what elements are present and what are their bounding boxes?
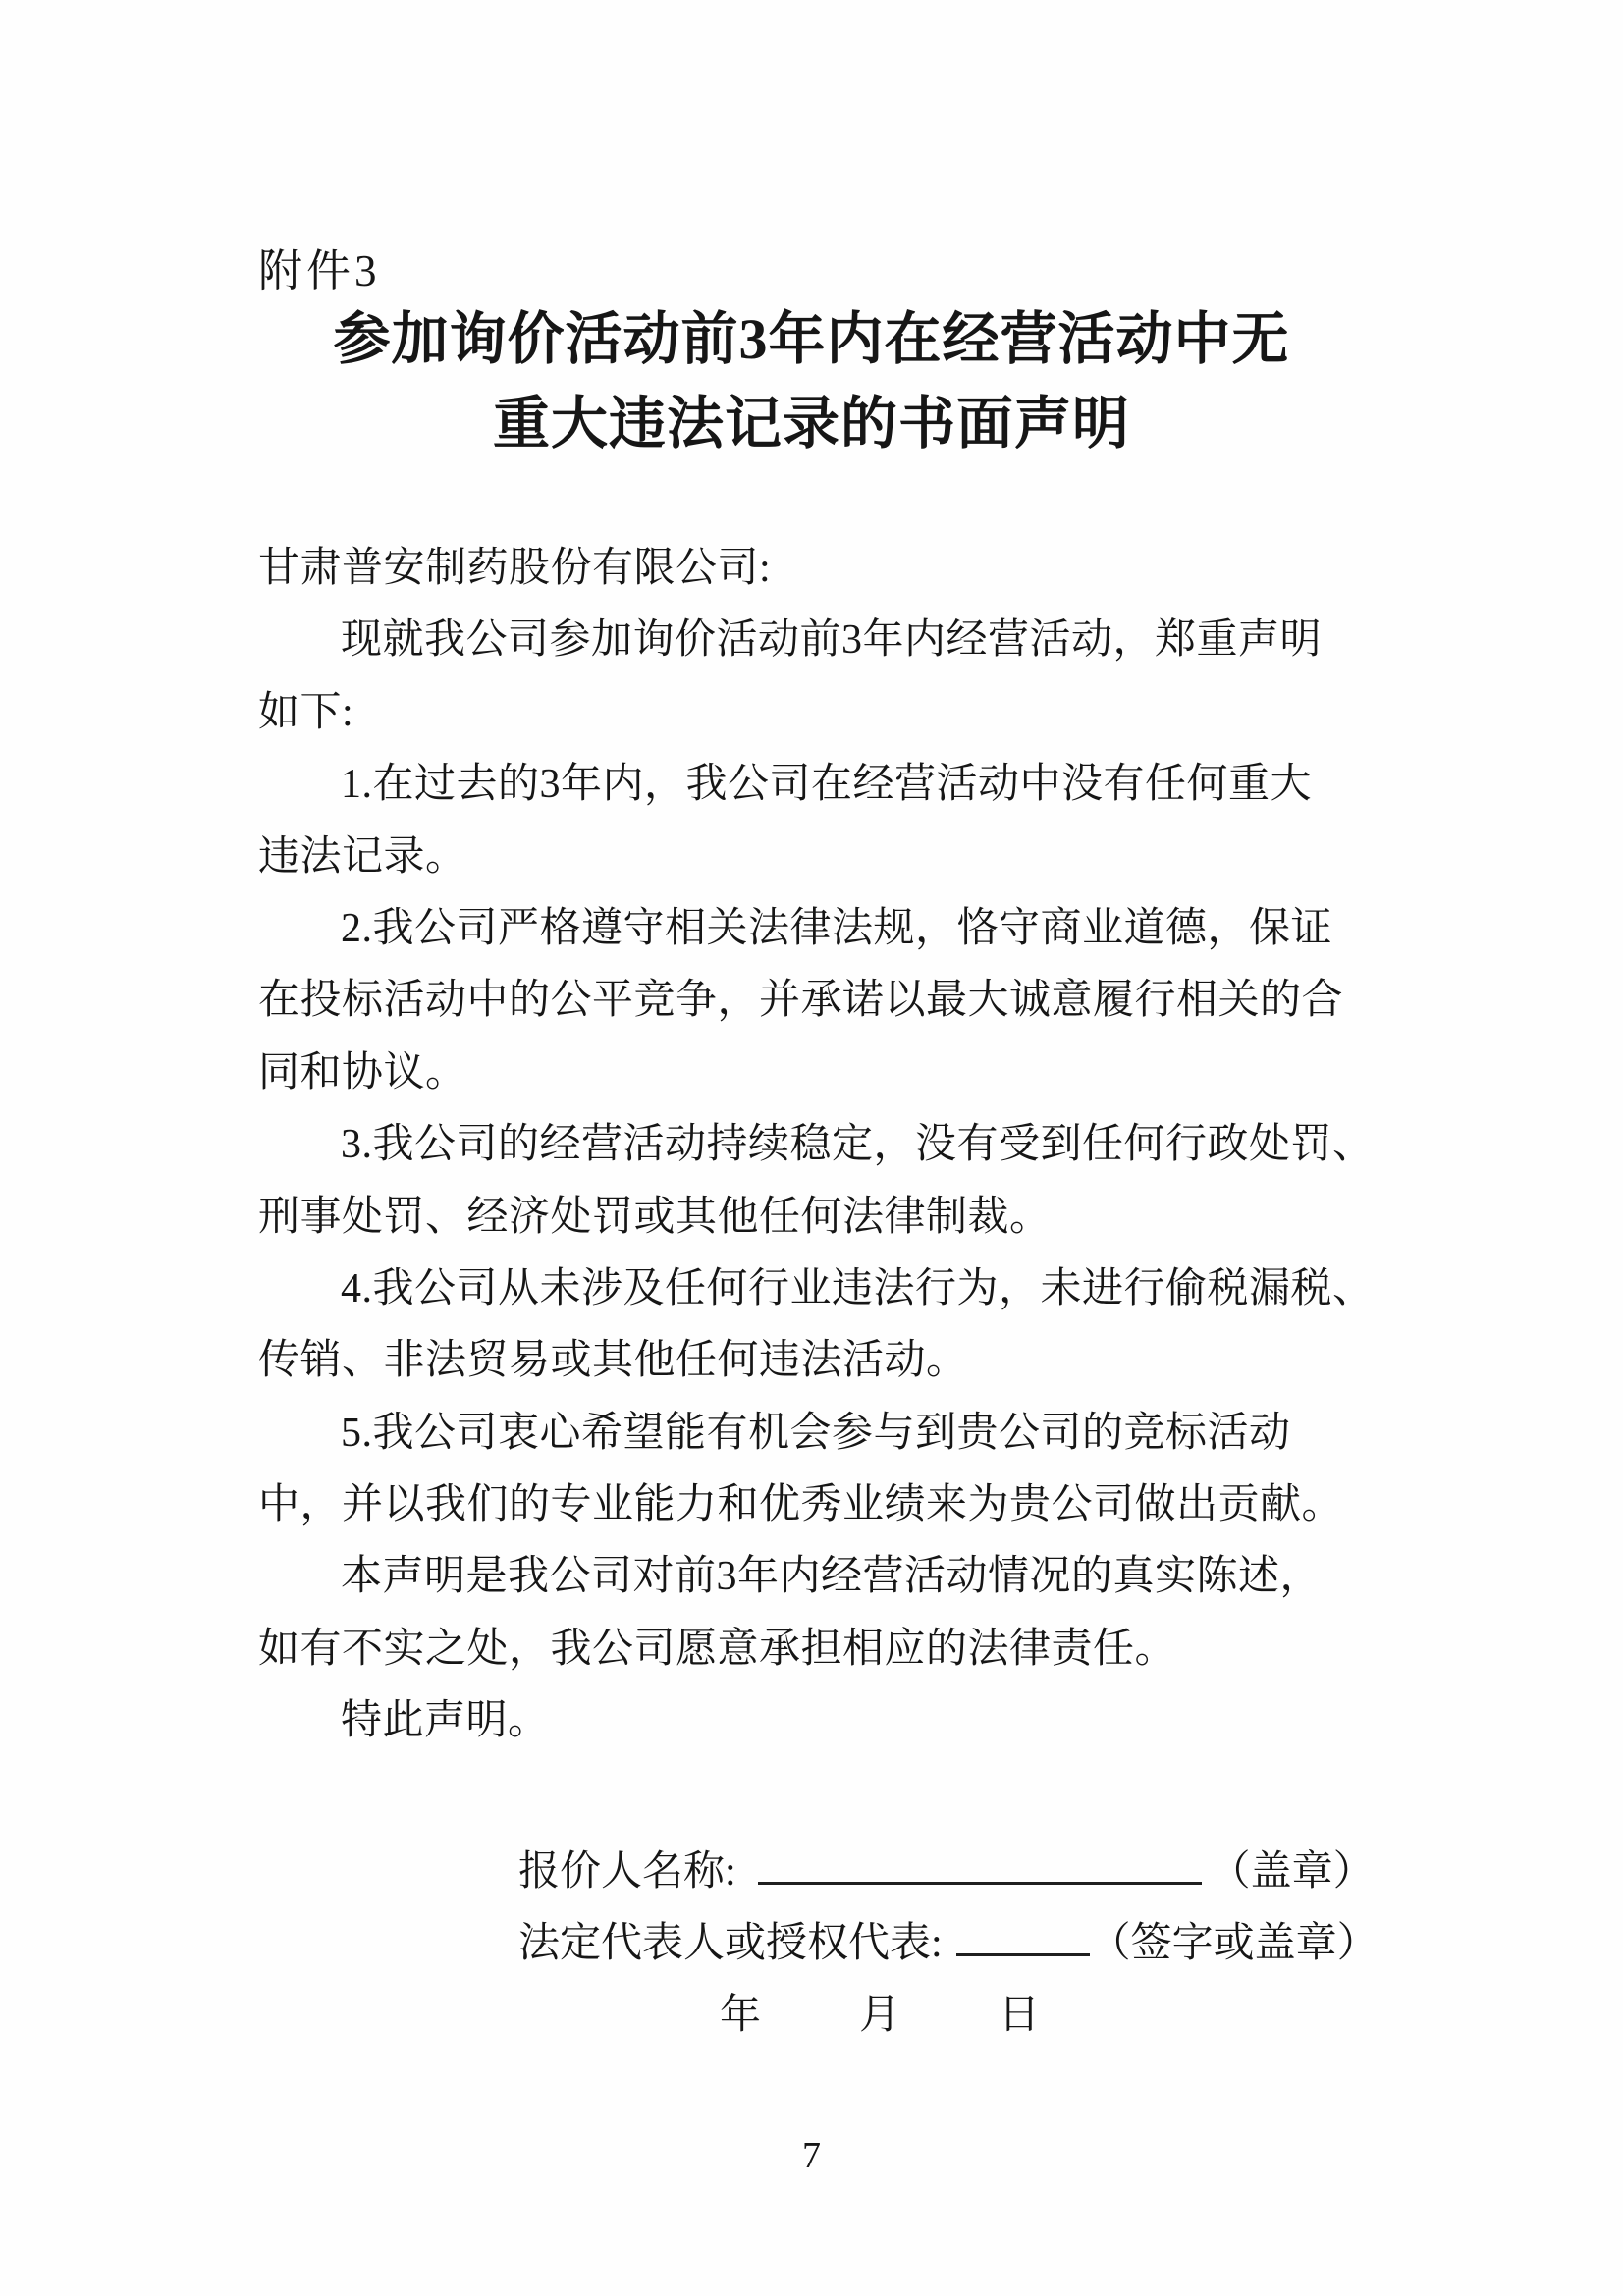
- document-page: 附件3 参加询价活动前3年内在经营活动中无 重大违法记录的书面声明 甘肃普安制药…: [0, 0, 1623, 2296]
- sign-or-stamp-note: （签字或盖章）: [1090, 1921, 1379, 1966]
- date-row: 年 月 日: [720, 1992, 1040, 2039]
- stamp-note: （盖章）: [1210, 1849, 1375, 1895]
- month-label: 月: [859, 1992, 900, 2039]
- bidder-name-row: 报价人名称:（盖章）: [518, 1848, 1375, 1896]
- body-line: 现就我公司参加询价活动前3年内经营活动，郑重声明: [258, 605, 1370, 676]
- bidder-name-label: 报价人名称:: [518, 1849, 736, 1895]
- title-line-1: 参加询价活动前3年内在经营活动中无: [0, 297, 1623, 382]
- body-line: 刑事处罚、经济处罚或其他任何法律制裁。: [258, 1182, 1370, 1254]
- addressee-line: 甘肃普安制药股份有限公司:: [258, 533, 1370, 605]
- body-line: 如下:: [258, 677, 1370, 749]
- body-line-item-2: 2.我公司严格遵守相关法律法规，恪守商业道德，保证: [258, 893, 1370, 965]
- title-line-2: 重大违法记录的书面声明: [0, 382, 1623, 466]
- body-line: 违法记录。: [258, 822, 1370, 893]
- bidder-name-blank: [758, 1848, 1202, 1885]
- representative-row: 法定代表人或授权代表:（签字或盖章）: [518, 1920, 1379, 1967]
- body-line: 中，并以我们的专业能力和优秀业绩来为贵公司做出贡献。: [258, 1469, 1370, 1541]
- year-label: 年: [720, 1992, 761, 2039]
- document-title: 参加询价活动前3年内在经营活动中无 重大违法记录的书面声明: [0, 297, 1623, 466]
- body-line: 传销、非法贸易或其他任何违法活动。: [258, 1325, 1370, 1397]
- body-line-item-1: 1.在过去的3年内，我公司在经营活动中没有任何重大: [258, 749, 1370, 821]
- body-line-item-3: 3.我公司的经营活动持续稳定，没有受到任何行政处罚、: [258, 1109, 1370, 1181]
- body-line-item-4: 4.我公司从未涉及任何行业违法行为，未进行偷税漏税、: [258, 1254, 1370, 1325]
- day-label: 日: [999, 1992, 1040, 2039]
- body-line-item-5: 5.我公司衷心希望能有机会参与到贵公司的竞标活动: [258, 1398, 1370, 1469]
- body-line: 在投标活动中的公平竞争，并承诺以最大诚意履行相关的合: [258, 965, 1370, 1037]
- attachment-label: 附件3: [258, 245, 381, 296]
- body-line: 同和协议。: [258, 1038, 1370, 1109]
- representative-blank: [956, 1920, 1090, 1956]
- body-line: 本声明是我公司对前3年内经营活动情况的真实陈述，: [258, 1541, 1370, 1613]
- declaration-body: 甘肃普安制药股份有限公司: 现就我公司参加询价活动前3年内经营活动，郑重声明 如…: [258, 533, 1370, 1758]
- representative-label: 法定代表人或授权代表:: [518, 1921, 943, 1966]
- body-line: 如有不实之处，我公司愿意承担相应的法律责任。: [258, 1614, 1370, 1685]
- page-number: 7: [0, 2134, 1623, 2177]
- closing-line: 特此声明。: [258, 1685, 1370, 1757]
